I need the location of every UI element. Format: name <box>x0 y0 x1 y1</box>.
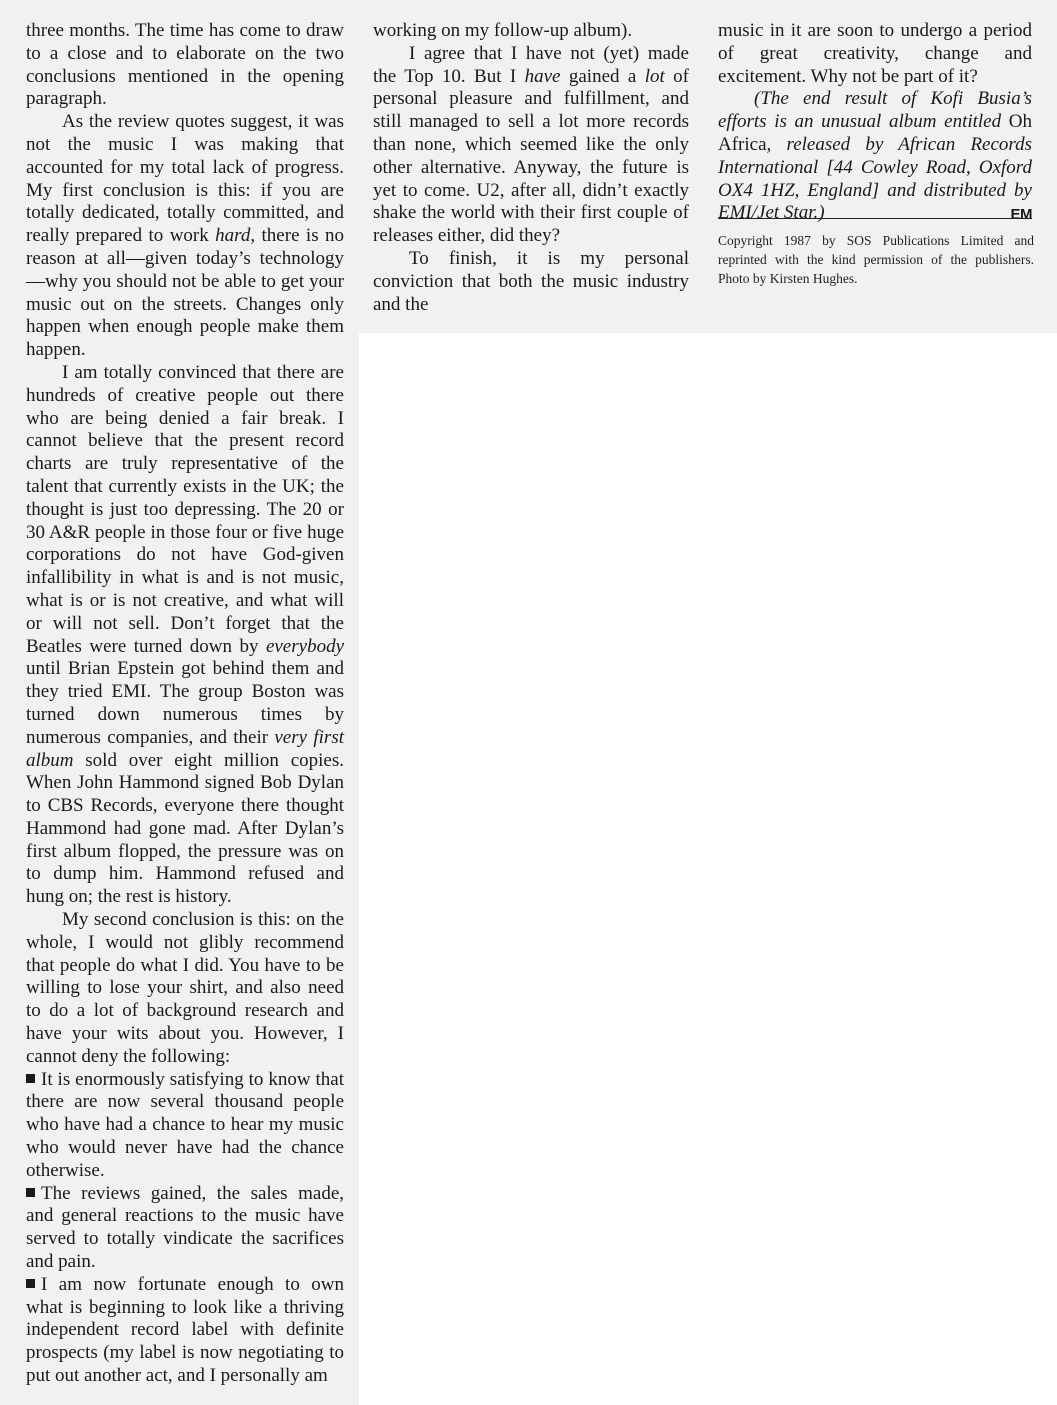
emphasis: have <box>525 66 561 87</box>
article-column-3: music in it are soon to undergo a period… <box>718 20 1032 227</box>
paragraph: I agree that I have not (yet) made the T… <box>373 43 689 248</box>
bullet-item: I am now fortunate enough to own what is… <box>26 1274 344 1388</box>
paragraph: To finish, it is my personal conviction … <box>373 248 689 316</box>
bullet-item: The reviews gained, the sales made, and … <box>26 1183 344 1274</box>
paragraph: My second conclusion is this: on the who… <box>26 909 344 1069</box>
paragraph: working on my follow-up album). <box>373 20 689 43</box>
square-bullet-icon <box>26 1279 35 1288</box>
divider-rule <box>718 218 1032 219</box>
emphasis: hard <box>215 225 250 246</box>
emphasis: everybody <box>266 636 344 657</box>
end-of-article-mark: EM <box>975 204 1033 227</box>
editor-endnote: (The end result of Kofi Busia’s efforts … <box>718 88 1032 225</box>
square-bullet-icon <box>26 1074 35 1083</box>
emphasis: lot <box>645 66 665 87</box>
copyright-credit: Copyright 1987 by SOS Publications Limit… <box>718 231 1034 288</box>
paragraph: As the review quotes suggest, it was not… <box>26 111 344 362</box>
paragraph: three months. The time has come to draw … <box>26 20 344 111</box>
paragraph: music in it are soon to undergo a period… <box>718 20 1032 88</box>
bullet-item: It is enormously satisfying to know that… <box>26 1069 344 1183</box>
square-bullet-icon <box>26 1188 35 1197</box>
paragraph: I am totally convinced that there are hu… <box>26 362 344 909</box>
article-column-1: three months. The time has come to draw … <box>26 20 344 1388</box>
article-column-2: working on my follow-up album). I agree … <box>373 20 689 316</box>
